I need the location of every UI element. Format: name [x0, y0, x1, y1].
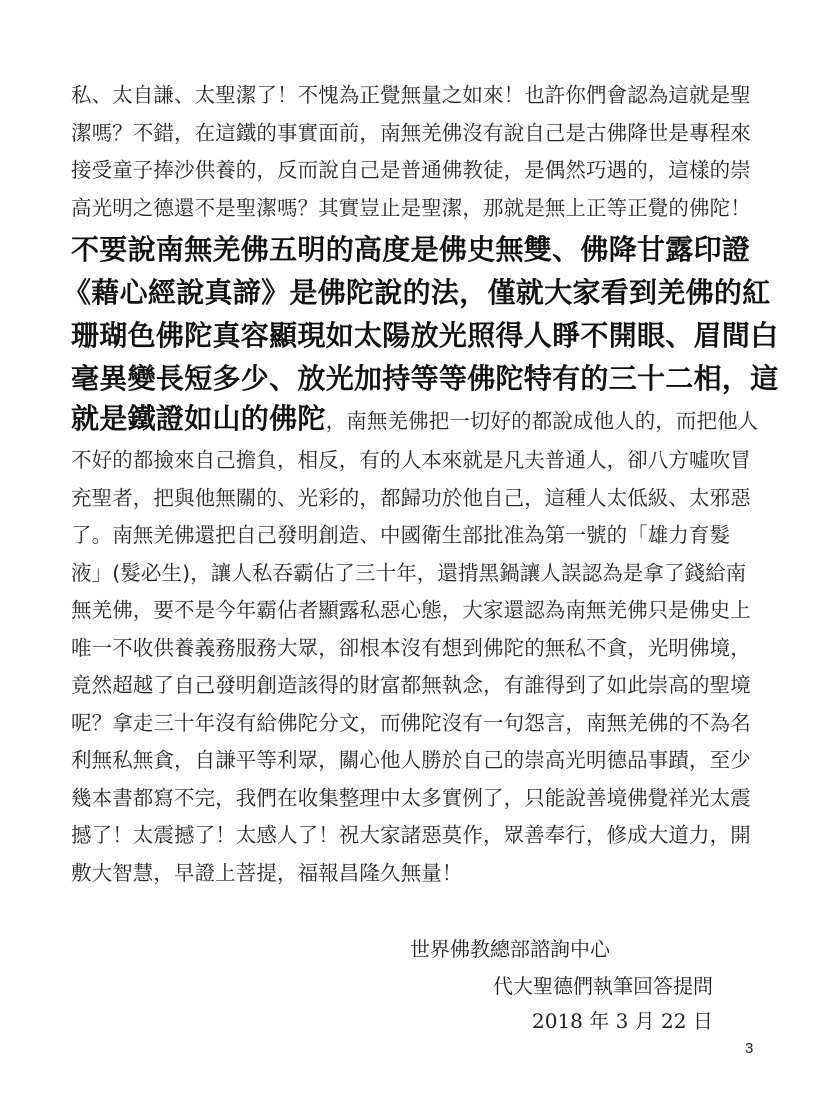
- text-line: 接受童子捧沙供養的，反而說自己是普通佛教徒，是偶然巧遇的，這樣的崇: [71, 153, 751, 183]
- text-line: 竟然超越了自己發明創造該得的財富都無執念，有誰得到了如此崇高的聖境: [71, 668, 751, 698]
- text-line: 無羌佛，要不是今年霸佔者顯露私惡心態，大家還認為南無羌佛只是佛史上: [71, 593, 751, 623]
- text-line: 液」(髮必生)，讓人私吞霸佔了三十年，還揹黑鍋讓人誤認為是拿了錢給南: [71, 556, 746, 586]
- emphasis-line: 毫異變長短多少、放光加持等等佛陀特有的三十二相，這: [71, 357, 779, 397]
- emphasis-text: 就是鐵證如山的佛陀: [71, 402, 326, 435]
- text-line: 了。南無羌佛還把自己發明創造、中國衛生部批准為第一號的「雄力育髮: [71, 518, 730, 548]
- text-line: 私、太自謙、太聖潔了！不愧為正覺無量之如來！也許你們會認為這就是聖: [71, 78, 751, 108]
- normal-text: ，南無羌佛把一切好的都說成他人的，而把他人: [326, 409, 759, 433]
- emphasis-line: 《藉心經說真諦》是佛陀說的法，僅就大家看到羌佛的紅: [63, 271, 771, 311]
- text-line: 撼了！太震撼了！太感人了！祝大家諸惡莫作，眾善奉行，修成大道力，開: [71, 818, 751, 848]
- text-line: 呢？拿走三十年沒有給佛陀分文，而佛陀沒有一句怨言，南無羌佛的不為名: [71, 706, 751, 736]
- text-line: 不好的都撿來自己擔負，相反，有的人本來就是凡夫普通人，卻八方噓吹冒: [71, 443, 751, 473]
- signature-date: 2018 年 3 月 22 日: [532, 1005, 713, 1034]
- emphasis-line: 不要說南無羌佛五明的高度是佛史無雙、佛降甘露印證: [71, 228, 750, 268]
- text-line: 唯一不收供養義務服務大眾，卻根本沒有想到佛陀的無私不貪，光明佛境，: [71, 631, 751, 661]
- signature-organization: 世界佛教總部諮詢中心: [410, 933, 610, 962]
- text-line: 潔嗎？不錯，在這鐵的事實面前，南無羌佛沒有說自己是古佛降世是專程來: [71, 116, 751, 146]
- text-line: 敷大智慧，早證上菩提，福報昌隆久無量！: [71, 856, 462, 886]
- page-number: 3: [745, 1040, 753, 1057]
- document-page: 私、太自謙、太聖潔了！不愧為正覺無量之如來！也許你們會認為這就是聖 潔嗎？不錯，…: [0, 0, 840, 1119]
- text-line: 幾本書都寫不完，我們在收集整理中太多實例了，只能說善境佛覺祥光太震: [71, 781, 751, 811]
- emphasis-line: 珊瑚色佛陀真容顯現如太陽放光照得人睜不開眼、眉間白: [71, 314, 779, 354]
- text-line: 充聖者，把與他無關的、光彩的，都歸功於他自己，這種人太低級、太邪惡: [71, 481, 751, 511]
- text-line: 利無私無貪，自謙平等利眾，關心他人勝於自己的崇高光明德品事蹟，至少: [71, 743, 751, 773]
- text-line: 高光明之德還不是聖潔嗎？其實豈止是聖潔，那就是無上正等正覺的佛陀！: [71, 191, 751, 221]
- signature-author: 代大聖德們執筆回答提問: [493, 970, 713, 999]
- mixed-line: 就是鐵證如山的佛陀，南無羌佛把一切好的都說成他人的，而把他人: [71, 397, 758, 437]
